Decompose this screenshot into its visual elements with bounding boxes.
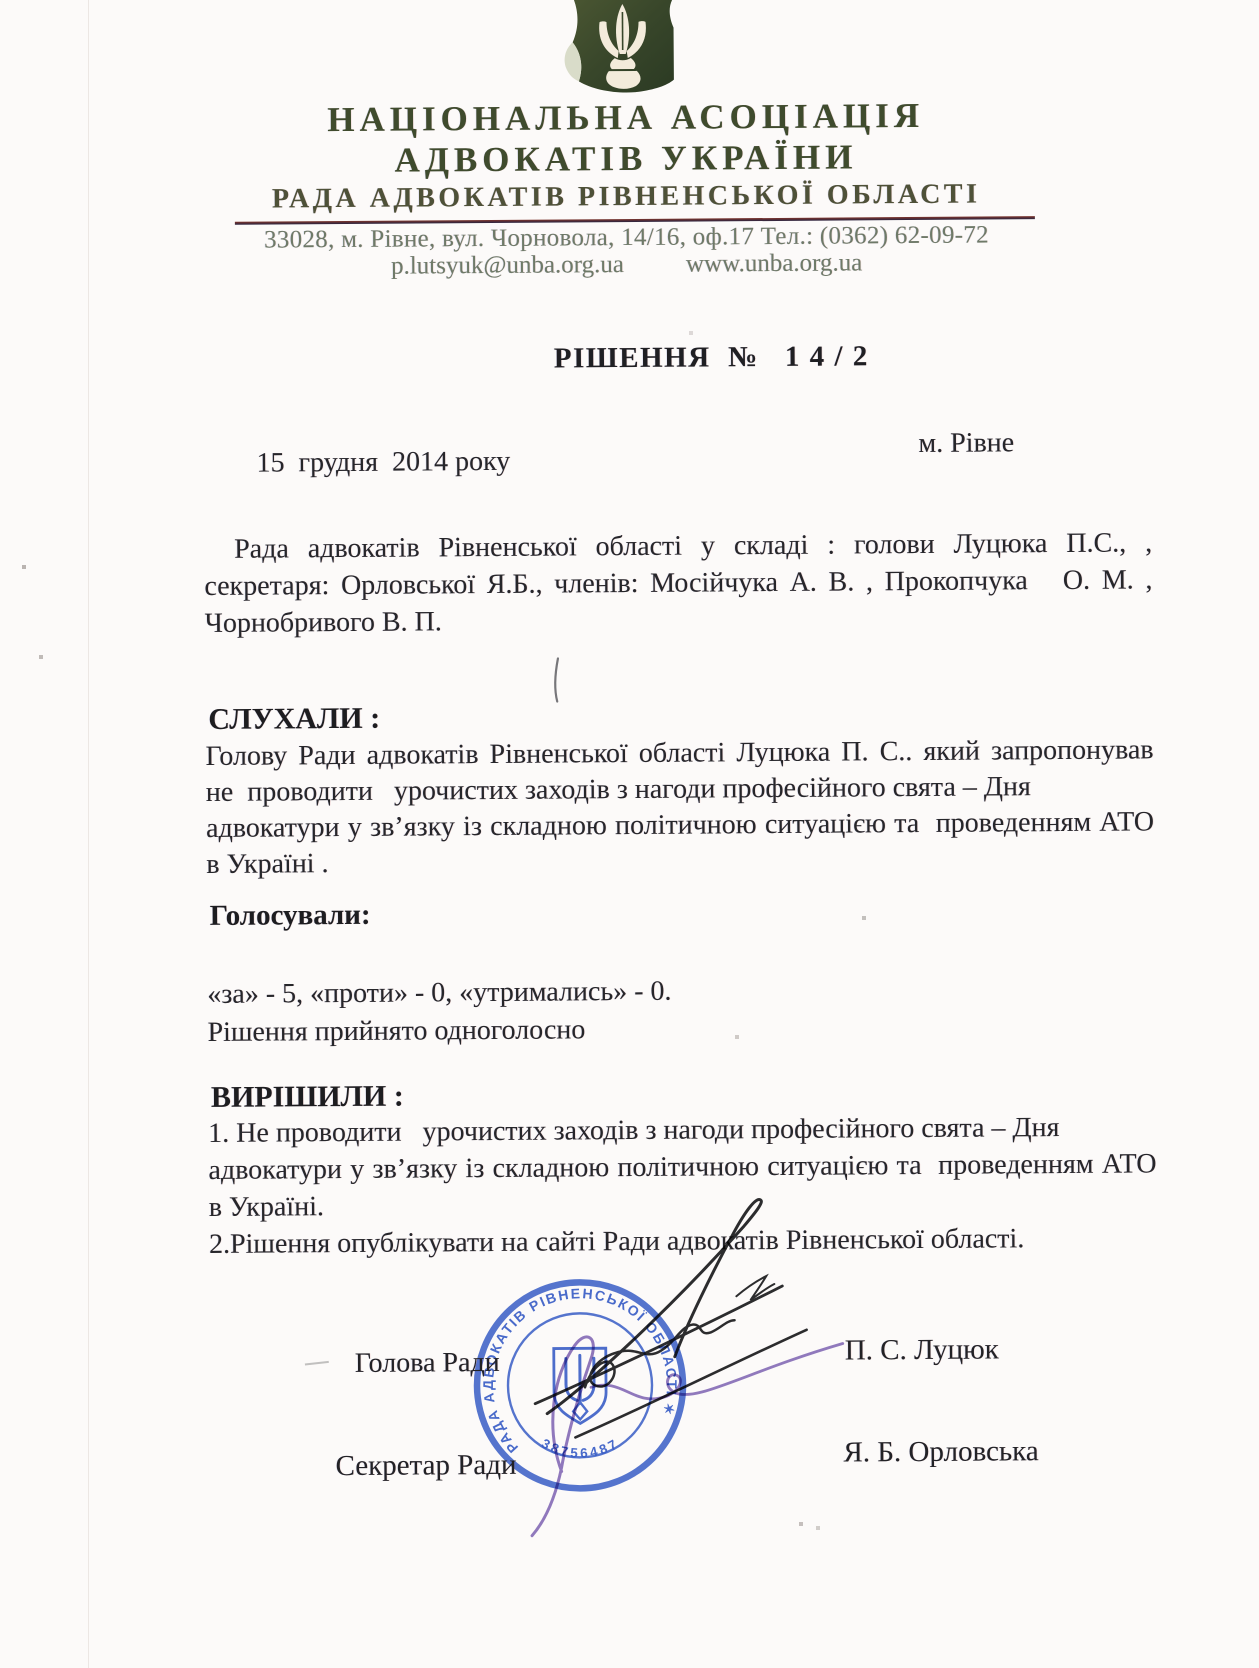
- paragraph-line: в Україні .: [206, 840, 1154, 883]
- trident-quill-emblem-icon: [561, 0, 684, 96]
- voted-result: Рішення прийнято одноголосно: [207, 1014, 585, 1049]
- header-website: www.unba.org.ua: [686, 249, 863, 278]
- secretary-name: Я. Б. Орловська: [843, 1435, 1038, 1469]
- chairman-signature-label: Голова Ради: [355, 1347, 500, 1380]
- org-name-line3: РАДА АДВОКАТІВ РІВНЕНСЬКОЇ ОБЛАСТІ: [0, 177, 1256, 218]
- paragraph-line: секретаря: Орловської Я.Б., членів: Мосі…: [204, 561, 1152, 605]
- document-date: 15 грудня 2014 року: [256, 446, 510, 480]
- stray-dash-mark: [305, 1361, 329, 1366]
- document-sheet: НАЦІОНАЛЬНА АСОЦІАЦІЯ АДВОКАТІВ УКРАЇНИ …: [0, 0, 1259, 1668]
- scan-specks: [0, 0, 2, 2]
- heard-paragraph: Голову Ради адвокатів Рівненської област…: [205, 732, 1154, 883]
- intro-paragraph: Рада адвокатів Рівненської області у скл…: [204, 524, 1153, 642]
- header-email: p.lutsyuk@unba.org.ua: [391, 251, 624, 281]
- voted-section-label: Голосували:: [210, 899, 371, 933]
- document-title: РІШЕННЯ № 1 4 / 2: [554, 340, 869, 375]
- scanned-document-page: НАЦІОНАЛЬНА АСОЦІАЦІЯ АДВОКАТІВ УКРАЇНИ …: [0, 0, 1259, 1668]
- paragraph-line: Чорнобривого В. П.: [205, 598, 1153, 642]
- stray-pen-mark: [552, 653, 892, 725]
- decided-section-label: ВИРІШИЛИ :: [211, 1080, 404, 1115]
- org-name-line2: АДВОКАТІВ УКРАЇНИ: [0, 135, 1256, 184]
- chairman-name: П. С. Луцюк: [845, 1333, 999, 1367]
- paragraph-line: адвокатури у зв’язку із складною політич…: [206, 804, 1154, 847]
- voted-tally: «за» - 5, «проти» - 0, «утримались» - 0.: [207, 976, 671, 1011]
- document-place: м. Рівне: [918, 427, 1014, 460]
- heard-section-label: СЛУХАЛИ :: [208, 702, 380, 737]
- secretary-signature-ink: [444, 1293, 876, 1556]
- secretary-signature-label: Секретар Ради: [335, 1449, 516, 1483]
